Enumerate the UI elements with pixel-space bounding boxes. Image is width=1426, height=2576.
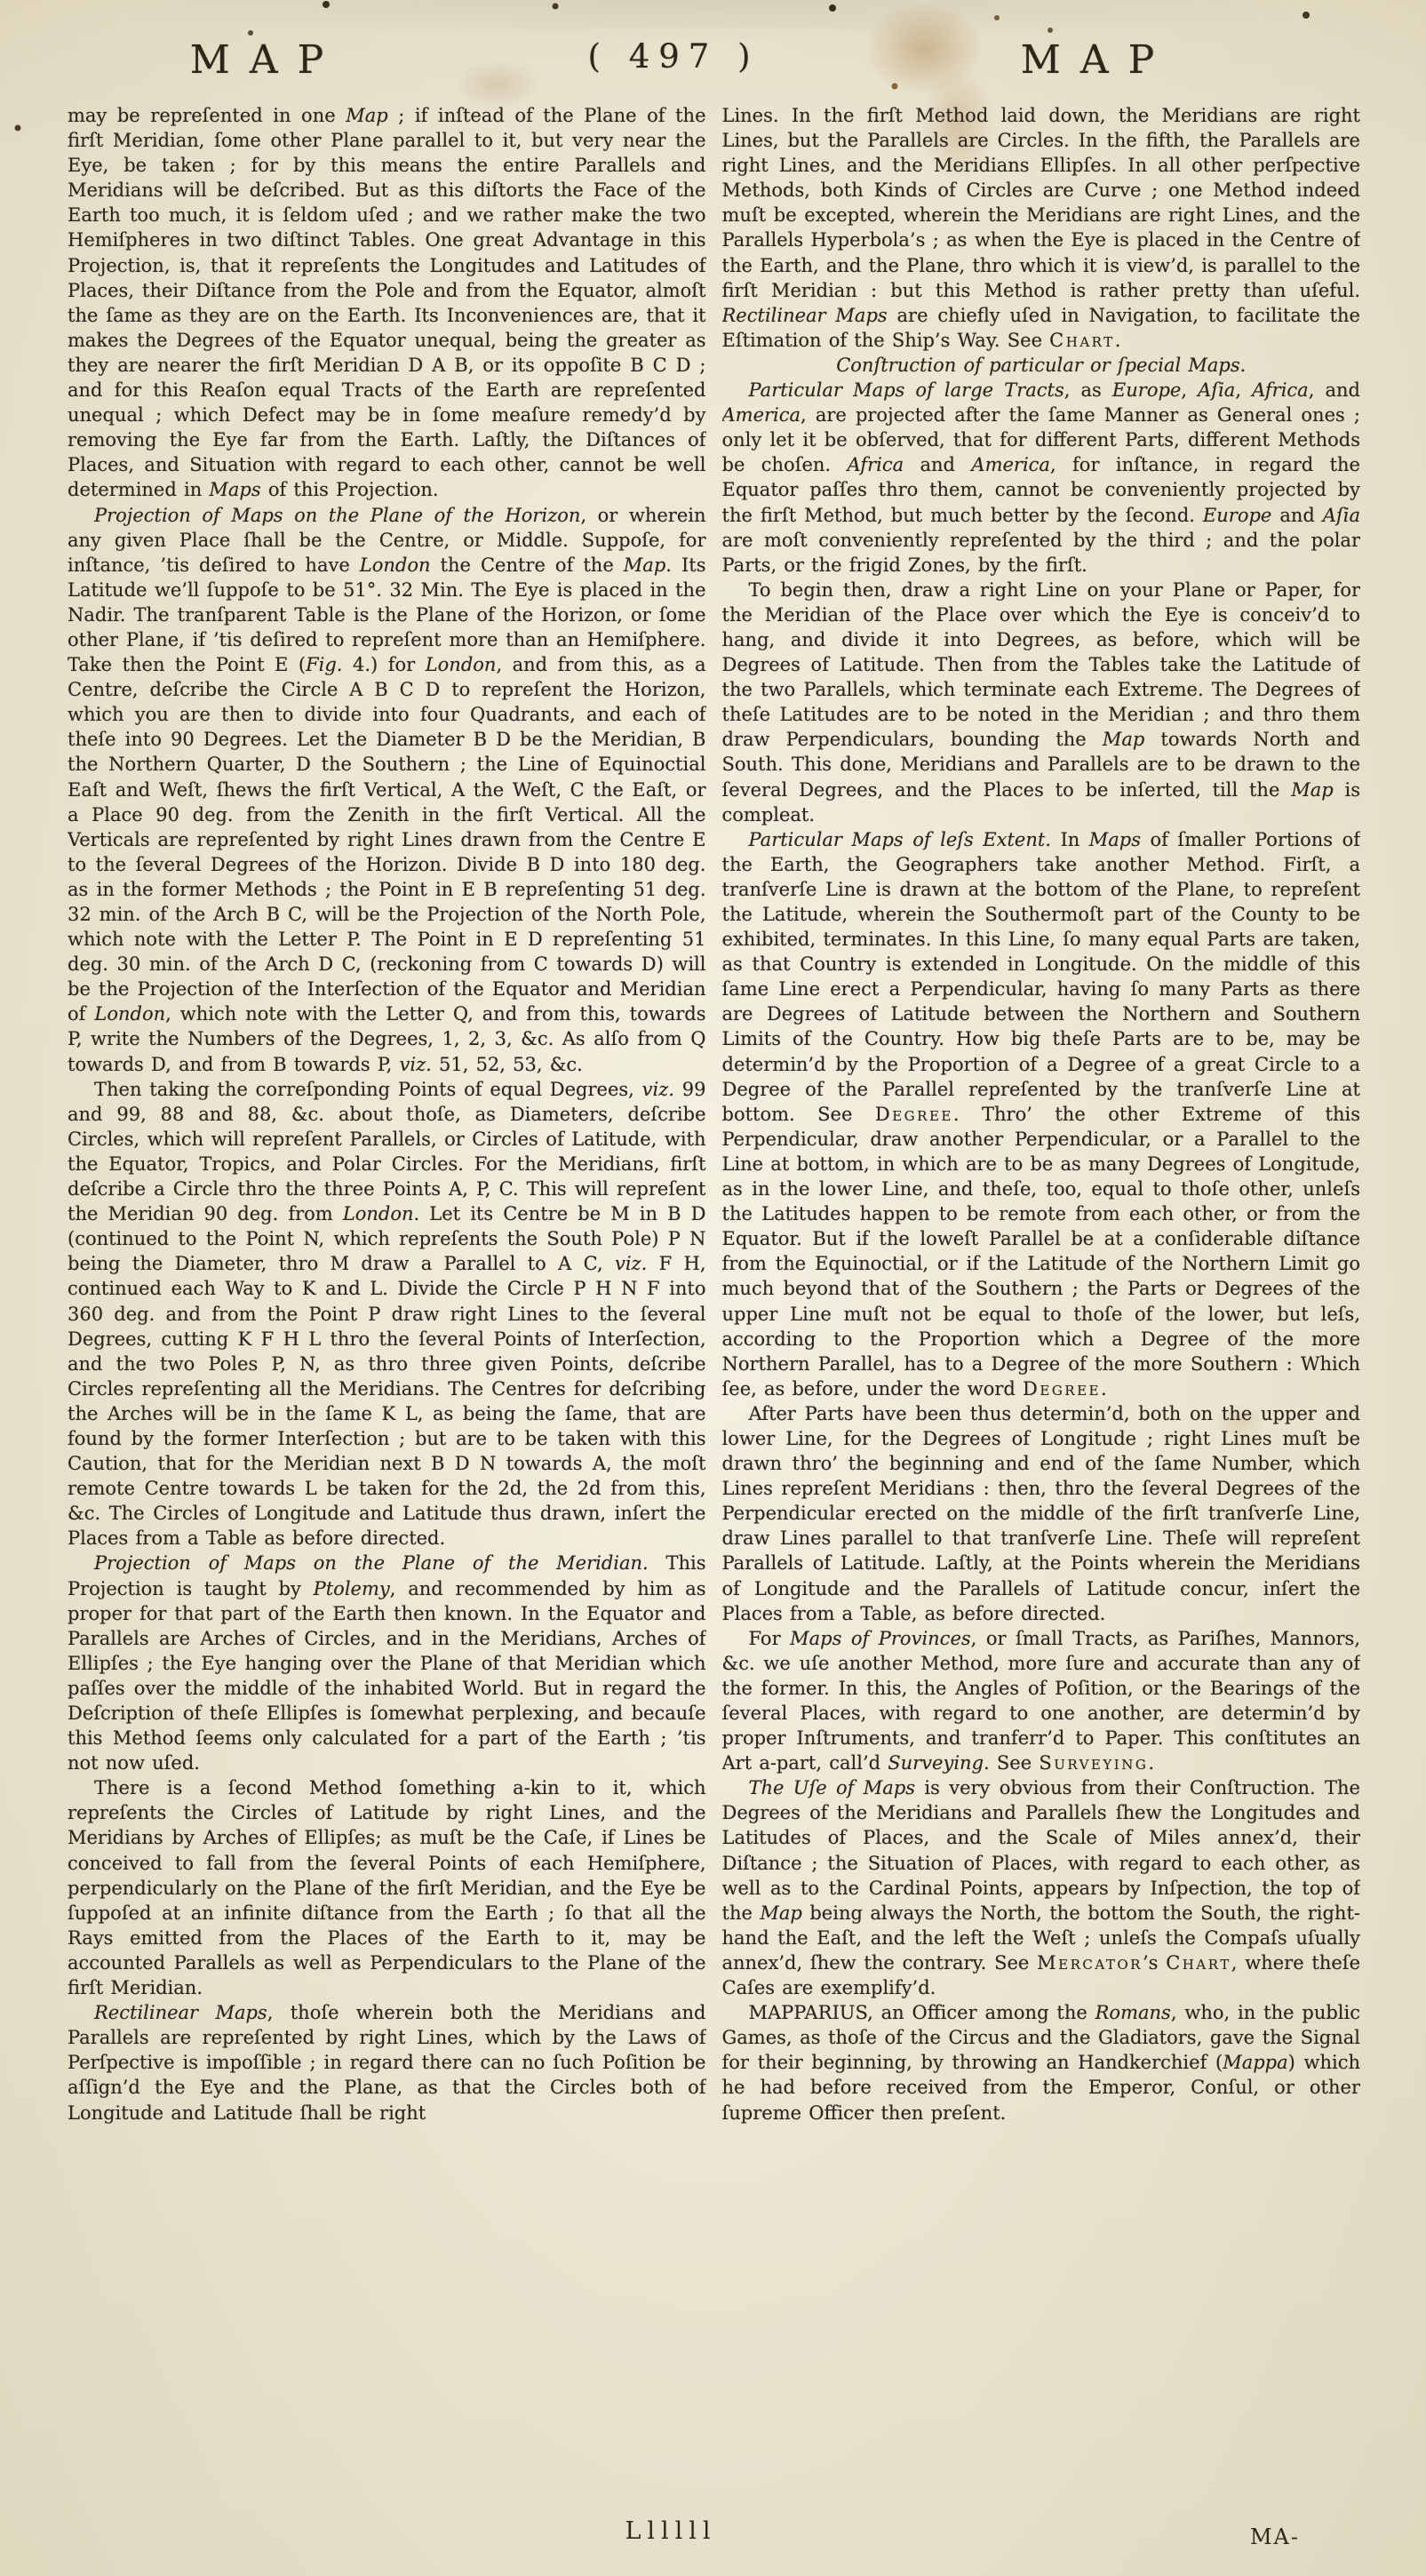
body-text: and [904, 454, 971, 475]
italic-text: Particular Maps of leſs Extent. [749, 829, 1051, 850]
body-text: ’s [1143, 1952, 1166, 1974]
body-text: . [1148, 1752, 1154, 1774]
italic-text: viz. [400, 1054, 432, 1075]
smallcaps-text: Chart [1166, 1952, 1231, 1974]
body-text: 51, 52, 53, &c. [432, 1054, 583, 1075]
text-area: may be repreſented in one Map ; if inſte… [68, 103, 1360, 2517]
italic-text: Projection of Maps on the Plane of the M… [94, 1552, 649, 1574]
body-text: . [1115, 330, 1121, 351]
italic-text: Maps of Provinces [790, 1628, 971, 1649]
italic-text: Map [346, 105, 387, 126]
smallcaps-text: Degree [875, 1104, 953, 1125]
body-text: are moſt conveniently repreſented by the… [722, 530, 1361, 576]
italic-text: Romans [1095, 2002, 1171, 2023]
body-text: , [1181, 379, 1198, 401]
italic-text: viz. [615, 1253, 647, 1274]
body-text: , and [1309, 379, 1360, 401]
italic-text: America [722, 404, 801, 426]
signature-mark: Llllll [625, 2517, 716, 2545]
body-text: , [1235, 379, 1252, 401]
italic-text: Rectilinear Maps [94, 2002, 267, 2023]
italic-text: Map [624, 554, 665, 576]
italic-text: Map [1291, 779, 1333, 801]
paragraph: Conſtruction of particular or ſpecial Ma… [722, 353, 1361, 378]
body-text: , as [1064, 379, 1112, 401]
body-text: may be repreſented in one [68, 105, 346, 126]
body-text: of ſmaller Portions of the Earth, the Ge… [722, 829, 1361, 1125]
italic-text: Surveying [888, 1752, 984, 1774]
running-head: MAP ( 497 ) MAP [0, 37, 1426, 100]
italic-text: Europe [1203, 505, 1271, 526]
italic-text: viz. [642, 1079, 674, 1100]
italic-text: London [94, 1003, 165, 1025]
paragraph: Projection of Maps on the Plane of the M… [68, 1551, 706, 1775]
italic-text: London [343, 1203, 414, 1224]
italic-text: Europe [1112, 379, 1181, 401]
italic-text: Particular Maps of large Tracts [749, 379, 1064, 401]
body-text: 4.) for [342, 654, 425, 675]
body-text: F H, continued each Way to K and L. Divi… [68, 1253, 706, 1549]
running-head-right: MAP [1021, 37, 1174, 83]
paragraph: Particular Maps of leſs Extent. In Maps … [722, 827, 1361, 1401]
paragraph: MAPPARIUS, an Officer among the Romans, … [722, 2000, 1361, 2125]
paragraph: Then taking the correſponding Points of … [68, 1077, 706, 1551]
smallcaps-text: Mercator [1037, 1952, 1143, 1974]
italic-text: Fig. [306, 654, 342, 675]
paragraph: Rectilinear Maps, thoſe wherein both the… [68, 2000, 706, 2125]
body-text: , and recommended by him as proper for t… [68, 1578, 706, 1774]
italic-text: Map [1103, 729, 1144, 750]
body-text: For [749, 1628, 791, 1649]
italic-text: Africa [848, 454, 904, 475]
body-text: and [1271, 505, 1322, 526]
paragraph: may be repreſented in one Map ; if inſte… [68, 103, 706, 503]
body-text: the Centre of the [431, 554, 624, 576]
paragraph: Projection of Maps on the Plane of the H… [68, 503, 706, 1077]
column-left: may be repreſented in one Map ; if inſte… [68, 103, 706, 2517]
italic-text: Africa [1252, 379, 1309, 401]
body-text: In [1051, 829, 1089, 850]
body-text: of this Projection. [261, 479, 439, 500]
smallcaps-text: Surveying [1039, 1752, 1148, 1774]
italic-text: Maps [209, 479, 260, 500]
body-text: There is a ſecond Method ſomething a-kin… [68, 1777, 706, 1998]
body-text: MAPPARIUS, an Officer among the [749, 2002, 1095, 2023]
ink-specks-decoration [0, 0, 4, 4]
paragraph: There is a ſecond Method ſomething a-kin… [68, 1775, 706, 2000]
italic-text: London [426, 654, 497, 675]
body-text: . Thro’ the other Extreme of this Perpen… [722, 1104, 1361, 1400]
body-text: . [1101, 1378, 1107, 1400]
italic-text: Rectilinear Maps [722, 305, 888, 326]
body-text: . See [984, 1752, 1039, 1774]
catchword: MA- [1250, 2524, 1300, 2549]
smallcaps-text: Chart [1049, 330, 1115, 351]
paragraph: The Uſe of Maps is very obvious from the… [722, 1775, 1361, 2000]
italic-text: Conſtruction of particular or ſpecial Ma… [836, 355, 1246, 376]
italic-text: The Uſe of Maps [749, 1777, 916, 1798]
body-text: Lines. In the firſt Method laid down, th… [722, 105, 1361, 301]
italic-text: Map [760, 1902, 801, 1924]
body-text: ; if inſtead of the Plane of the firſt M… [68, 105, 706, 500]
body-text: To begin then, draw a right Line on your… [722, 579, 1361, 751]
italic-text: London [360, 554, 431, 576]
paragraph: To begin then, draw a right Line on your… [722, 578, 1361, 827]
italic-text: America [971, 454, 1050, 475]
paragraph: After Parts have been thus determin’d, b… [722, 1401, 1361, 1626]
paragraph: Lines. In the firſt Method laid down, th… [722, 103, 1361, 353]
body-text: , and from this, as a Centre, deſcribe t… [68, 654, 706, 1025]
italic-text: Ptolemy [314, 1578, 390, 1599]
page-footer: Llllll MA- [0, 2517, 1426, 2553]
paragraph: For Maps of Provinces, or ſmall Tracts, … [722, 1626, 1361, 1776]
page-number: ( 497 ) [587, 37, 759, 76]
italic-text: Maps [1089, 829, 1141, 850]
italic-text: Aſia [1323, 505, 1360, 526]
smallcaps-text: Degree [1023, 1378, 1101, 1400]
column-right: Lines. In the firſt Method laid down, th… [722, 103, 1361, 2517]
paragraph: Particular Maps of large Tracts, as Euro… [722, 378, 1361, 578]
running-head-left: MAP [190, 37, 343, 83]
body-text: Then taking the correſponding Points of … [94, 1079, 642, 1100]
italic-text: Mappa [1223, 2052, 1287, 2073]
italic-text: Aſia [1198, 379, 1235, 401]
italic-text: Projection of Maps on the Plane of the H… [94, 505, 580, 526]
body-text: After Parts have been thus determin’d, b… [722, 1403, 1361, 1624]
